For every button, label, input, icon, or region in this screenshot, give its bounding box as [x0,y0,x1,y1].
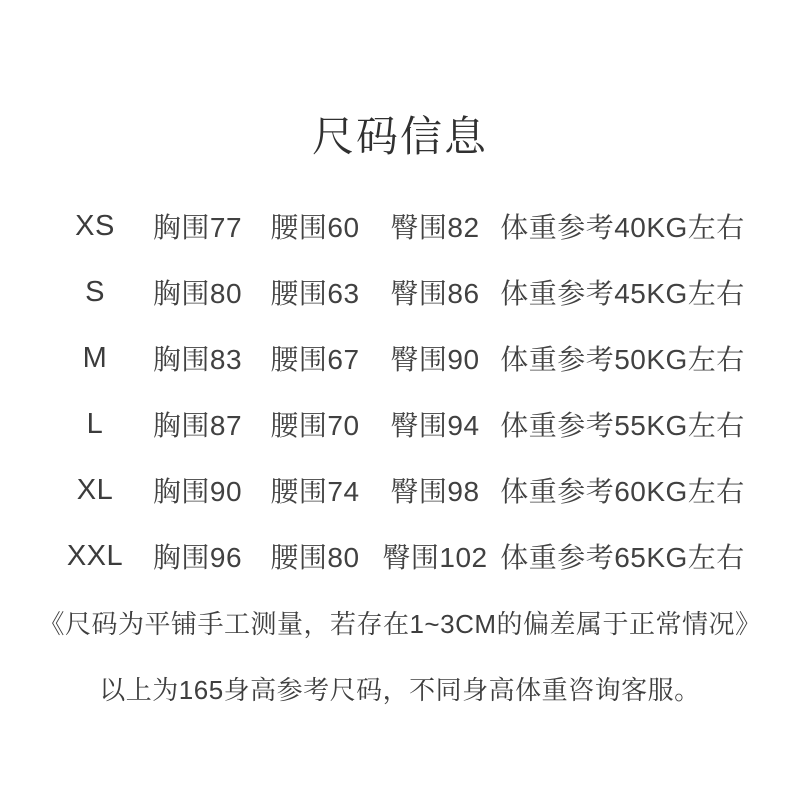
bust-value: 胸围96 [140,536,255,576]
table-row: M 胸围83 腰围67 臀围90 体重参考50KG左右 [50,325,750,391]
footnotes: 《尺码为平铺手工测量，若存在1~3CM的偏差属于正常情况》 以上为165身高参考… [0,589,800,721]
waist-value: 腰围70 [255,404,375,444]
hip-value: 臀围94 [375,404,495,444]
bust-value: 胸围87 [140,404,255,444]
height-reference-note: 以上为165身高参考尺码，不同身高体重咨询客服。 [0,655,800,721]
size-label: XS [50,210,140,243]
bust-value: 胸围80 [140,272,255,312]
weight-value: 体重参考60KG左右 [495,470,750,510]
weight-value: 体重参考45KG左右 [495,272,750,312]
hip-value: 臀围86 [375,272,495,312]
waist-value: 腰围80 [255,536,375,576]
table-row: XS 胸围77 腰围60 臀围82 体重参考40KG左右 [50,193,750,259]
bust-value: 胸围77 [140,206,255,246]
weight-value: 体重参考55KG左右 [495,404,750,444]
table-row: S 胸围80 腰围63 臀围86 体重参考45KG左右 [50,259,750,325]
weight-value: 体重参考40KG左右 [495,206,750,246]
bust-value: 胸围83 [140,338,255,378]
table-row: XL 胸围90 腰围74 臀围98 体重参考60KG左右 [50,457,750,523]
hip-value: 臀围82 [375,206,495,246]
weight-value: 体重参考65KG左右 [495,536,750,576]
weight-value: 体重参考50KG左右 [495,338,750,378]
waist-value: 腰围63 [255,272,375,312]
size-chart-page: 尺码信息 XS 胸围77 腰围60 臀围82 体重参考40KG左右 S 胸围80… [0,0,800,800]
waist-value: 腰围74 [255,470,375,510]
size-label: M [50,342,140,375]
measurement-tolerance-note: 《尺码为平铺手工测量，若存在1~3CM的偏差属于正常情况》 [0,589,800,655]
size-label: L [50,408,140,441]
waist-value: 腰围67 [255,338,375,378]
page-title: 尺码信息 [0,0,800,158]
size-label: S [50,276,140,309]
waist-value: 腰围60 [255,206,375,246]
hip-value: 臀围102 [375,536,495,576]
bust-value: 胸围90 [140,470,255,510]
size-label: XXL [50,540,140,573]
size-table: XS 胸围77 腰围60 臀围82 体重参考40KG左右 S 胸围80 腰围63… [50,193,750,589]
hip-value: 臀围90 [375,338,495,378]
hip-value: 臀围98 [375,470,495,510]
size-label: XL [50,474,140,507]
table-row: XXL 胸围96 腰围80 臀围102 体重参考65KG左右 [50,523,750,589]
table-row: L 胸围87 腰围70 臀围94 体重参考55KG左右 [50,391,750,457]
